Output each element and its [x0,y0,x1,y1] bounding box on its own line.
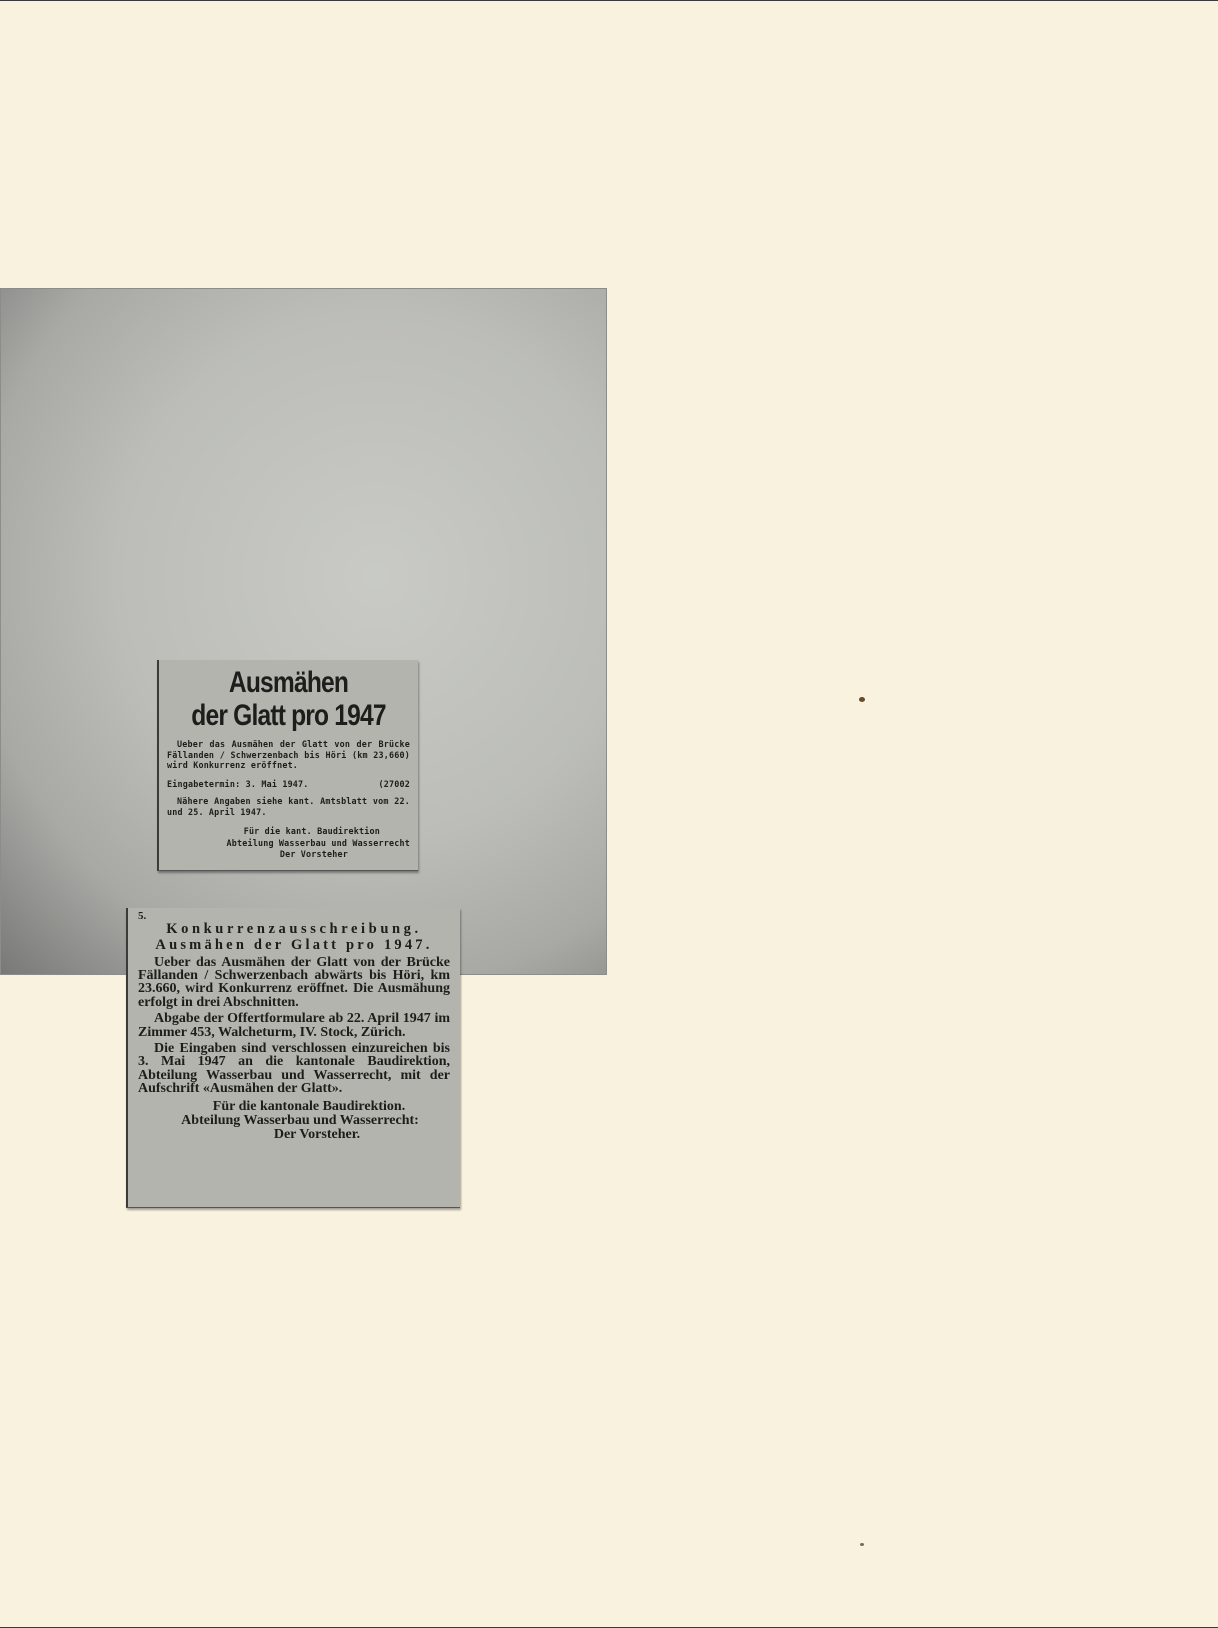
newspaper-clipping-2: 5. Konkurrenzausschreibung. Ausmähen der… [126,908,460,1208]
clipping-1-signature-line: Für die kant. Baudirektion [167,826,410,838]
clipping-2-signature: Für die kantonale Baudirektion. Abteilun… [138,1100,450,1142]
newspaper-clipping-1: Ausmähen der Glatt pro 1947 Ueber das Au… [157,660,418,871]
paper-speck [859,697,865,702]
clipping-1-deadline: Eingabetermin: 3. Mai 1947. [167,779,309,790]
clipping-2-subtitle: Ausmähen der Glatt pro 1947. [138,938,450,953]
clipping-2-signature-line: Der Vorsteher. [138,1128,450,1142]
mounted-photograph: Ausmähen der Glatt pro 1947 Ueber das Au… [0,288,607,975]
clipping-1-paragraph-1: Ueber das Ausmähen der Glatt von der Brü… [167,739,410,771]
clipping-1-signature-line: Der Vorsteher [167,849,410,861]
clipping-1-headline-line-2: der Glatt pro 1947 [189,699,388,732]
clipping-2-paragraph: Ueber das Ausmähen der Glatt von der Brü… [138,956,450,1010]
clipping-1-signature: Für die kant. Baudirektion Abteilung Was… [167,826,410,861]
paper-speck [860,1543,864,1546]
clipping-1-headline-line-1: Ausmähen [189,666,388,699]
clipping-1-signature-line: Abteilung Wasserbau und Wasserrecht [167,838,410,850]
clipping-2-paragraph: Abgabe der Offertformulare ab 22. April … [138,1012,450,1039]
clipping-2-signature-line: Für die kantonale Baudirektion. [138,1100,450,1114]
clipping-2-signature-line: Abteilung Wasserbau und Wasserrecht: [138,1114,450,1128]
clipping-2-paragraph: Die Eingaben sind verschlossen einzureic… [138,1042,450,1096]
clipping-2-title: Konkurrenzausschreibung. [138,922,450,938]
clipping-1-reference-code: (27002 [379,779,410,790]
clipping-1-paragraph-2: Nähere Angaben siehe kant. Amtsblatt vom… [167,796,410,817]
